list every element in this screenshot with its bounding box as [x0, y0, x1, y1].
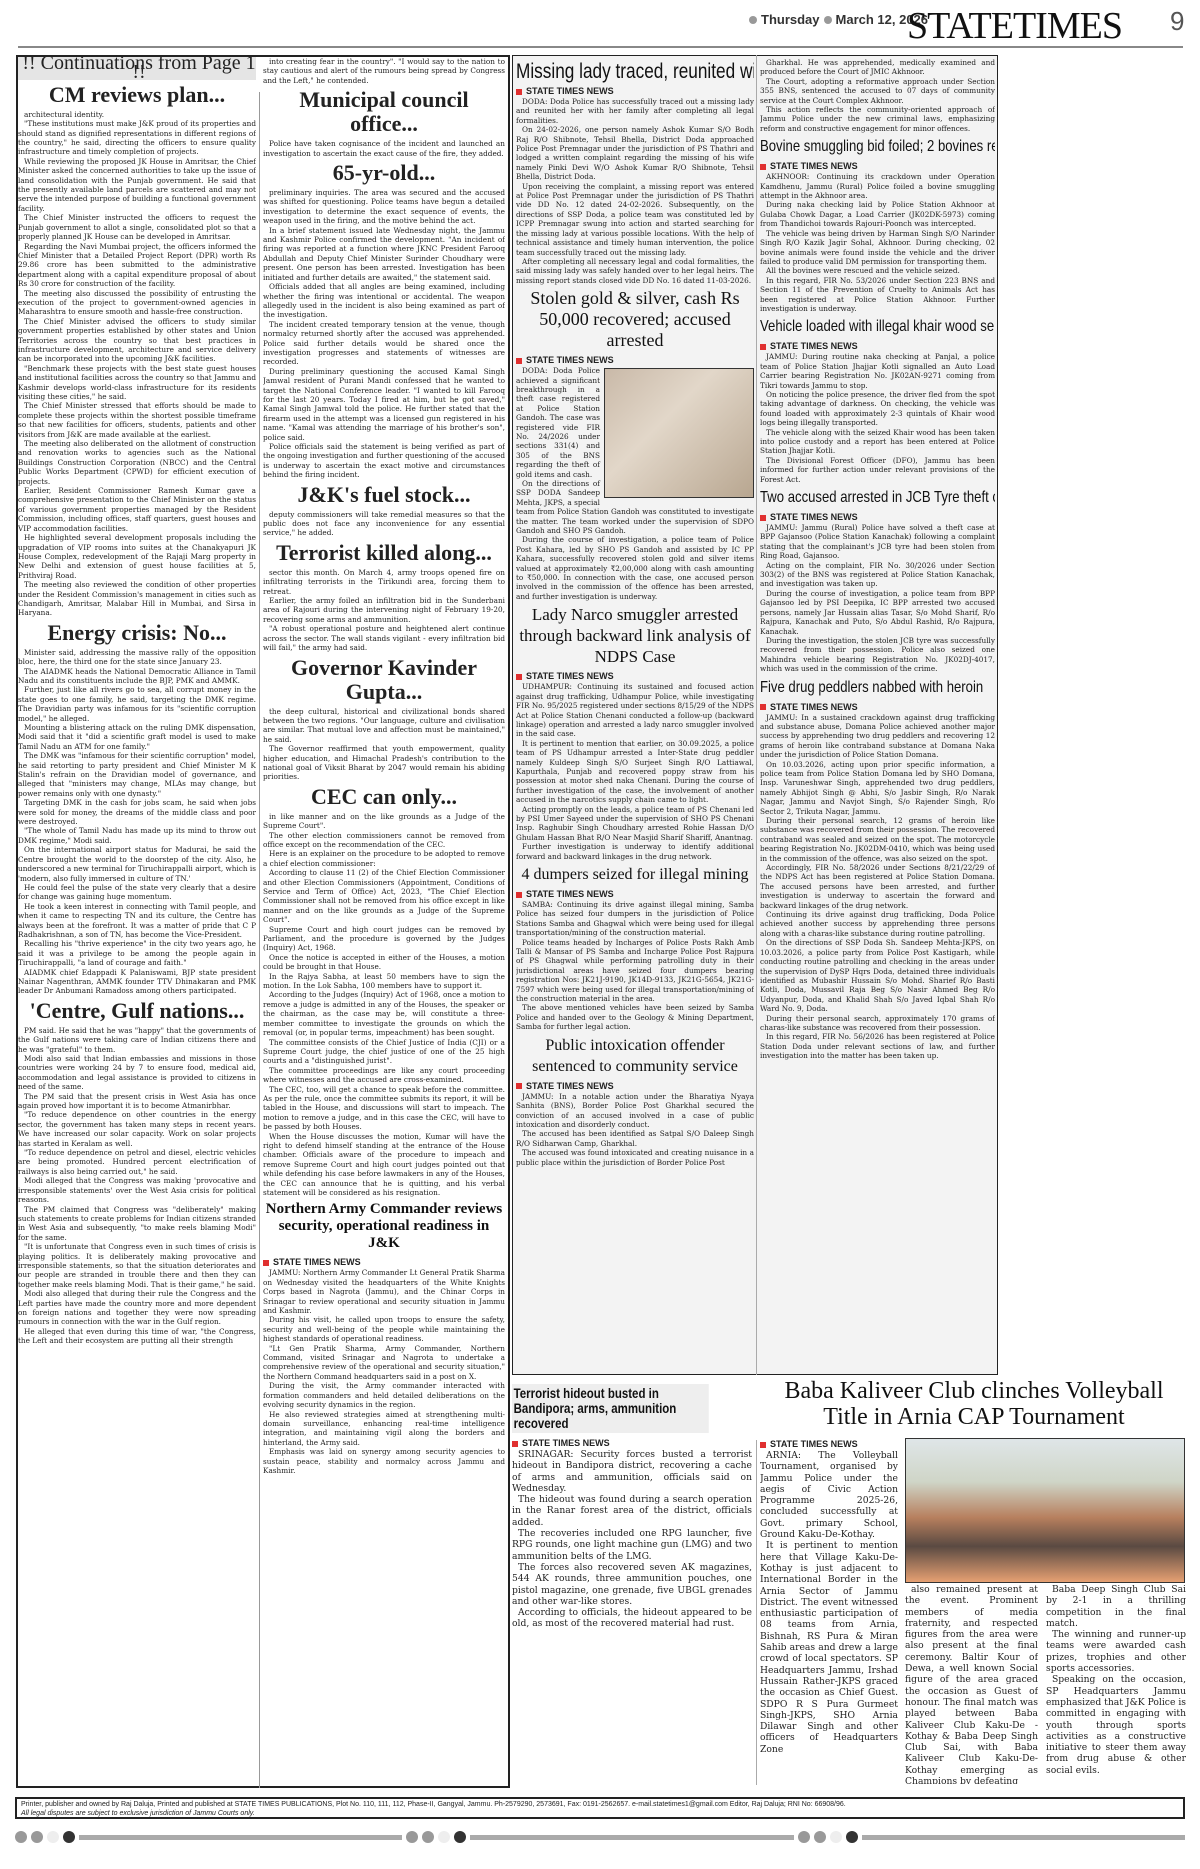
dot-icon [406, 1831, 418, 1843]
article-cm-reviews: CM reviews plan... architectural identit… [18, 83, 256, 618]
dot-icon [422, 1831, 434, 1843]
column-1: !! Continuations from Page 1 !! CM revie… [18, 57, 256, 1787]
byline: STATE TIMES NEWS [263, 1256, 505, 1268]
headline: 'Centre, Gulf nations... [18, 999, 256, 1023]
headline: Northern Army Commander reviews security… [263, 1201, 505, 1252]
dot-icon [454, 1831, 466, 1843]
headline: Two accused arrested in JCB Tyre theft c… [760, 487, 953, 508]
headline: Five drug peddlers nabbed with heroin [760, 677, 953, 698]
date-line: ThursdayMarch 12, 2026 [745, 12, 928, 27]
byline: STATE TIMES NEWS [516, 670, 754, 682]
bar [79, 1835, 402, 1840]
headline: Municipal council office... [263, 88, 505, 136]
bar [862, 1835, 1185, 1840]
article-khair-wood: Vehicle loaded with illegal khair wood s… [760, 316, 995, 484]
imprint-text: Printer, publisher and owned by Raj Dalu… [21, 1800, 1179, 1809]
article-lady-narco: Lady Narco smuggler arrested through bac… [516, 604, 754, 861]
article-bandipora: Terrorist hideout busted in Bandipora; a… [512, 1380, 752, 1785]
article-fuel-stock: J&K's fuel stock...deputy commissioners … [263, 483, 505, 538]
byline: STATE TIMES NEWS [516, 85, 754, 97]
article-cec: CEC can only...in like manner and on the… [263, 785, 505, 1198]
headline: Baba Kaliveer Club clinches Volleyball T… [760, 1378, 1188, 1430]
article-centre-gulf: 'Centre, Gulf nations... PM said. He sai… [18, 999, 256, 1346]
day: Thursday [761, 12, 820, 27]
article-northern-army: Northern Army Commander reviews security… [263, 1201, 505, 1475]
byline: STATE TIMES NEWS [516, 354, 754, 366]
volleyball-col-2: also remained present at the event. Prom… [905, 1584, 1038, 1784]
legal-disclaimer: All legal disputes are subject to exclus… [21, 1809, 1179, 1818]
dot-icon [814, 1831, 826, 1843]
column-divider [508, 55, 510, 1788]
column-divider [756, 1440, 757, 1785]
headline: Bovine smuggling bid foiled; 2 bovines r… [760, 136, 953, 157]
byline: STATE TIMES NEWS [760, 340, 995, 352]
dot-icon [47, 1831, 59, 1843]
bullet-icon [749, 16, 757, 24]
headline: Governor Kavinder Gupta... [263, 656, 505, 704]
article-stolen-gold: Stolen gold & silver, cash Rs 50,000 rec… [516, 288, 754, 601]
dot-icon [438, 1831, 450, 1843]
column-4: Gharkhal. He was apprehended, medically … [760, 58, 995, 1373]
newspaper-logo: STATETIMES [907, 4, 1122, 48]
column-3: Missing lady traced, reunited with famil… [516, 58, 754, 1373]
headline: Energy crisis: No... [18, 621, 256, 645]
headline: CM reviews plan... [18, 83, 256, 107]
headline: Stolen gold & silver, cash Rs 50,000 rec… [516, 288, 754, 351]
page-number: 9 [1170, 6, 1184, 37]
headline: Vehicle loaded with illegal khair wood s… [760, 316, 953, 337]
headline: Public intoxication offender sentenced t… [516, 1035, 754, 1077]
headline: Lady Narco smuggler arrested through bac… [516, 604, 754, 667]
byline: STATE TIMES NEWS [760, 1438, 898, 1450]
article-municipal: Municipal council office...Police have t… [263, 88, 505, 158]
continuations-banner: !! Continuations from Page 1 !! [18, 57, 256, 80]
headline: Terrorist hideout busted in Bandipora; a… [512, 1384, 709, 1433]
recovered-jewellery-photo [604, 368, 754, 498]
headline: 4 dumpers seized for illegal mining [516, 864, 754, 885]
article-jcb-tyre: Two accused arrested in JCB Tyre theft c… [760, 487, 995, 674]
volleyball-col-1: STATE TIMES NEWS ARNIA: The Volleyball T… [760, 1438, 898, 1788]
dot-icon [798, 1831, 810, 1843]
dot-icon [830, 1831, 842, 1843]
article-governor: Governor Kavinder Gupta...the deep cultu… [263, 656, 505, 782]
article-energy-crisis: Energy crisis: No... Minister said, addr… [18, 621, 256, 996]
dot-icon [31, 1831, 43, 1843]
dot-icon [63, 1831, 75, 1843]
dot-icon [846, 1831, 858, 1843]
byline: STATE TIMES NEWS [760, 511, 995, 523]
byline: STATE TIMES NEWS [516, 1080, 754, 1092]
byline: STATE TIMES NEWS [760, 160, 995, 172]
decorative-dots-rule [15, 1830, 1185, 1844]
column-divider [259, 92, 260, 1788]
article-missing-lady: Missing lady traced, reunited with famil… [516, 61, 754, 285]
article-public-intoxication: Public intoxication offender sentenced t… [516, 1035, 754, 1167]
volleyball-col-3: Baba Deep Singh Club Sai by 2-1 in a thr… [1046, 1584, 1186, 1784]
column-2: into creating fear in the country". "I w… [263, 57, 505, 1787]
imprint-footer: Printer, publisher and owned by Raj Dalu… [15, 1797, 1185, 1819]
volleyball-team-photo [905, 1438, 1185, 1583]
bullet-icon [824, 16, 832, 24]
headline: Terrorist killed along... [263, 541, 505, 565]
article-bovine: Bovine smuggling bid foiled; 2 bovines r… [760, 136, 995, 313]
bar [470, 1835, 793, 1840]
article-terrorist-killed: Terrorist killed along...sector this mon… [263, 541, 505, 653]
article-65-yr-old: 65-yr-old...preliminary inquiries. The a… [263, 161, 505, 480]
article-volleyball: Baba Kaliveer Club clinches Volleyball T… [760, 1378, 1188, 1788]
header-rule [18, 46, 1183, 48]
headline: 65-yr-old... [263, 161, 505, 185]
byline: STATE TIMES NEWS [760, 701, 995, 713]
headline: Missing lady traced, reunited with famil… [516, 61, 711, 82]
headline: CEC can only... [263, 785, 505, 809]
dot-icon [15, 1831, 27, 1843]
article-dumpers: 4 dumpers seized for illegal miningSTATE… [516, 864, 754, 1032]
column-divider [756, 55, 757, 1375]
article-drug-peddlers: Five drug peddlers nabbed with heroinSTA… [760, 677, 995, 1061]
byline: STATE TIMES NEWS [512, 1437, 752, 1449]
byline: STATE TIMES NEWS [516, 888, 754, 900]
headline: J&K's fuel stock... [263, 483, 505, 507]
